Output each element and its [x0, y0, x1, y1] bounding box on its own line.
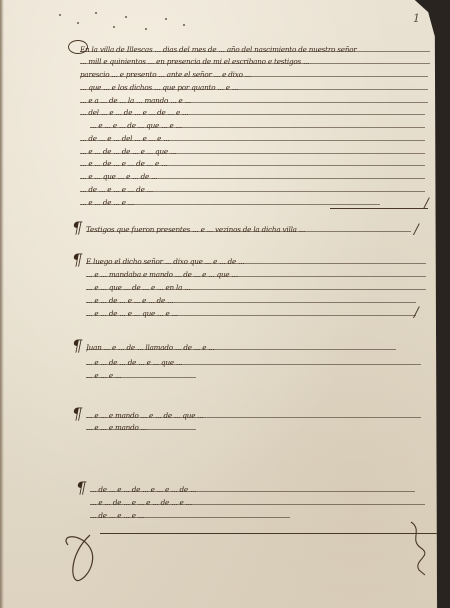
margin-mark-icon: / [414, 305, 419, 321]
text-line: ... e ... de ... e ... que ... e ... [86, 308, 416, 319]
folio-number: 1 [413, 12, 423, 26]
text-line: ... e ... mandaba e mando ... de ... e .… [86, 269, 426, 280]
text-line: E luego el dicho señor ... dixo que ... … [86, 256, 426, 267]
text-line: ... de ... e ... e ... de ... [80, 184, 425, 195]
closing-rule [100, 533, 440, 534]
ink-specks [55, 8, 195, 36]
line-filler-stroke [330, 208, 428, 209]
text-line: ... e ... de ... e ... [80, 197, 380, 208]
text-line: ... e ... que ... e ... de ... [80, 171, 425, 182]
pilcrow-icon: ¶ [72, 404, 82, 423]
pilcrow-icon: ¶ [72, 218, 82, 237]
pilcrow-icon: ¶ [72, 250, 82, 269]
text-line: ... mill e quinientos ... en presencia d… [80, 56, 430, 67]
pilcrow-icon: ¶ [72, 336, 82, 355]
text-line: ... e ... de ... e ... e ... de ... e ..… [90, 497, 425, 508]
text-line: ... e ... e ... [86, 370, 196, 381]
pilcrow-icon: ¶ [76, 478, 86, 497]
signature-flourish-icon [60, 515, 110, 585]
text-line: ... de ... e ... del ... e ... e ... [80, 133, 425, 144]
text-line: parescio ... e presento ... ante el seño… [80, 69, 428, 80]
text-line: ... de ... e ... e ... [90, 510, 290, 521]
margin-mark-icon: / [424, 196, 429, 212]
text-line: ... e ... e ... de ... que ... e ... [90, 120, 425, 131]
manuscript-page: 1 En la villa de Illescas ... dias del m… [0, 0, 446, 608]
margin-mark-icon: / [414, 222, 419, 238]
text-line: ... e a ... de ... la ... mando ... e ..… [80, 95, 428, 106]
text-line: En la villa de Illescas ... dias del mes… [80, 44, 430, 55]
page-right-shadow [436, 0, 446, 608]
text-line: ... e ... que ... de ... e ... en la ... [86, 282, 426, 293]
text-line: ... de ... e ... de ... e ... e ... de .… [90, 484, 415, 495]
text-line: Testigos que fueron presentes ... e ... … [86, 224, 411, 235]
text-line: ... e ... e mando ... e ... de ... que .… [86, 410, 421, 421]
text-line: ... del ... e ... de ... e ... de ... e … [80, 107, 425, 118]
text-line: ... e ... de ... de ... e ... que ... [80, 146, 425, 157]
text-line: ... e ... de ... e ... e ... de ... [86, 295, 416, 306]
text-line: ... que ... e los dichos ... que por qua… [80, 82, 428, 93]
page-left-edge [0, 0, 4, 608]
text-line: Juan ... e ... de ... llamado ... de ...… [86, 342, 396, 353]
text-line: ... e ... de ... e ... de ... e ... [80, 158, 425, 169]
rubric-signature-icon [405, 520, 435, 580]
text-line: ... e ... de ... de ... e ... que ... [86, 357, 421, 368]
text-line: ... e ... e mando ... [86, 422, 196, 433]
